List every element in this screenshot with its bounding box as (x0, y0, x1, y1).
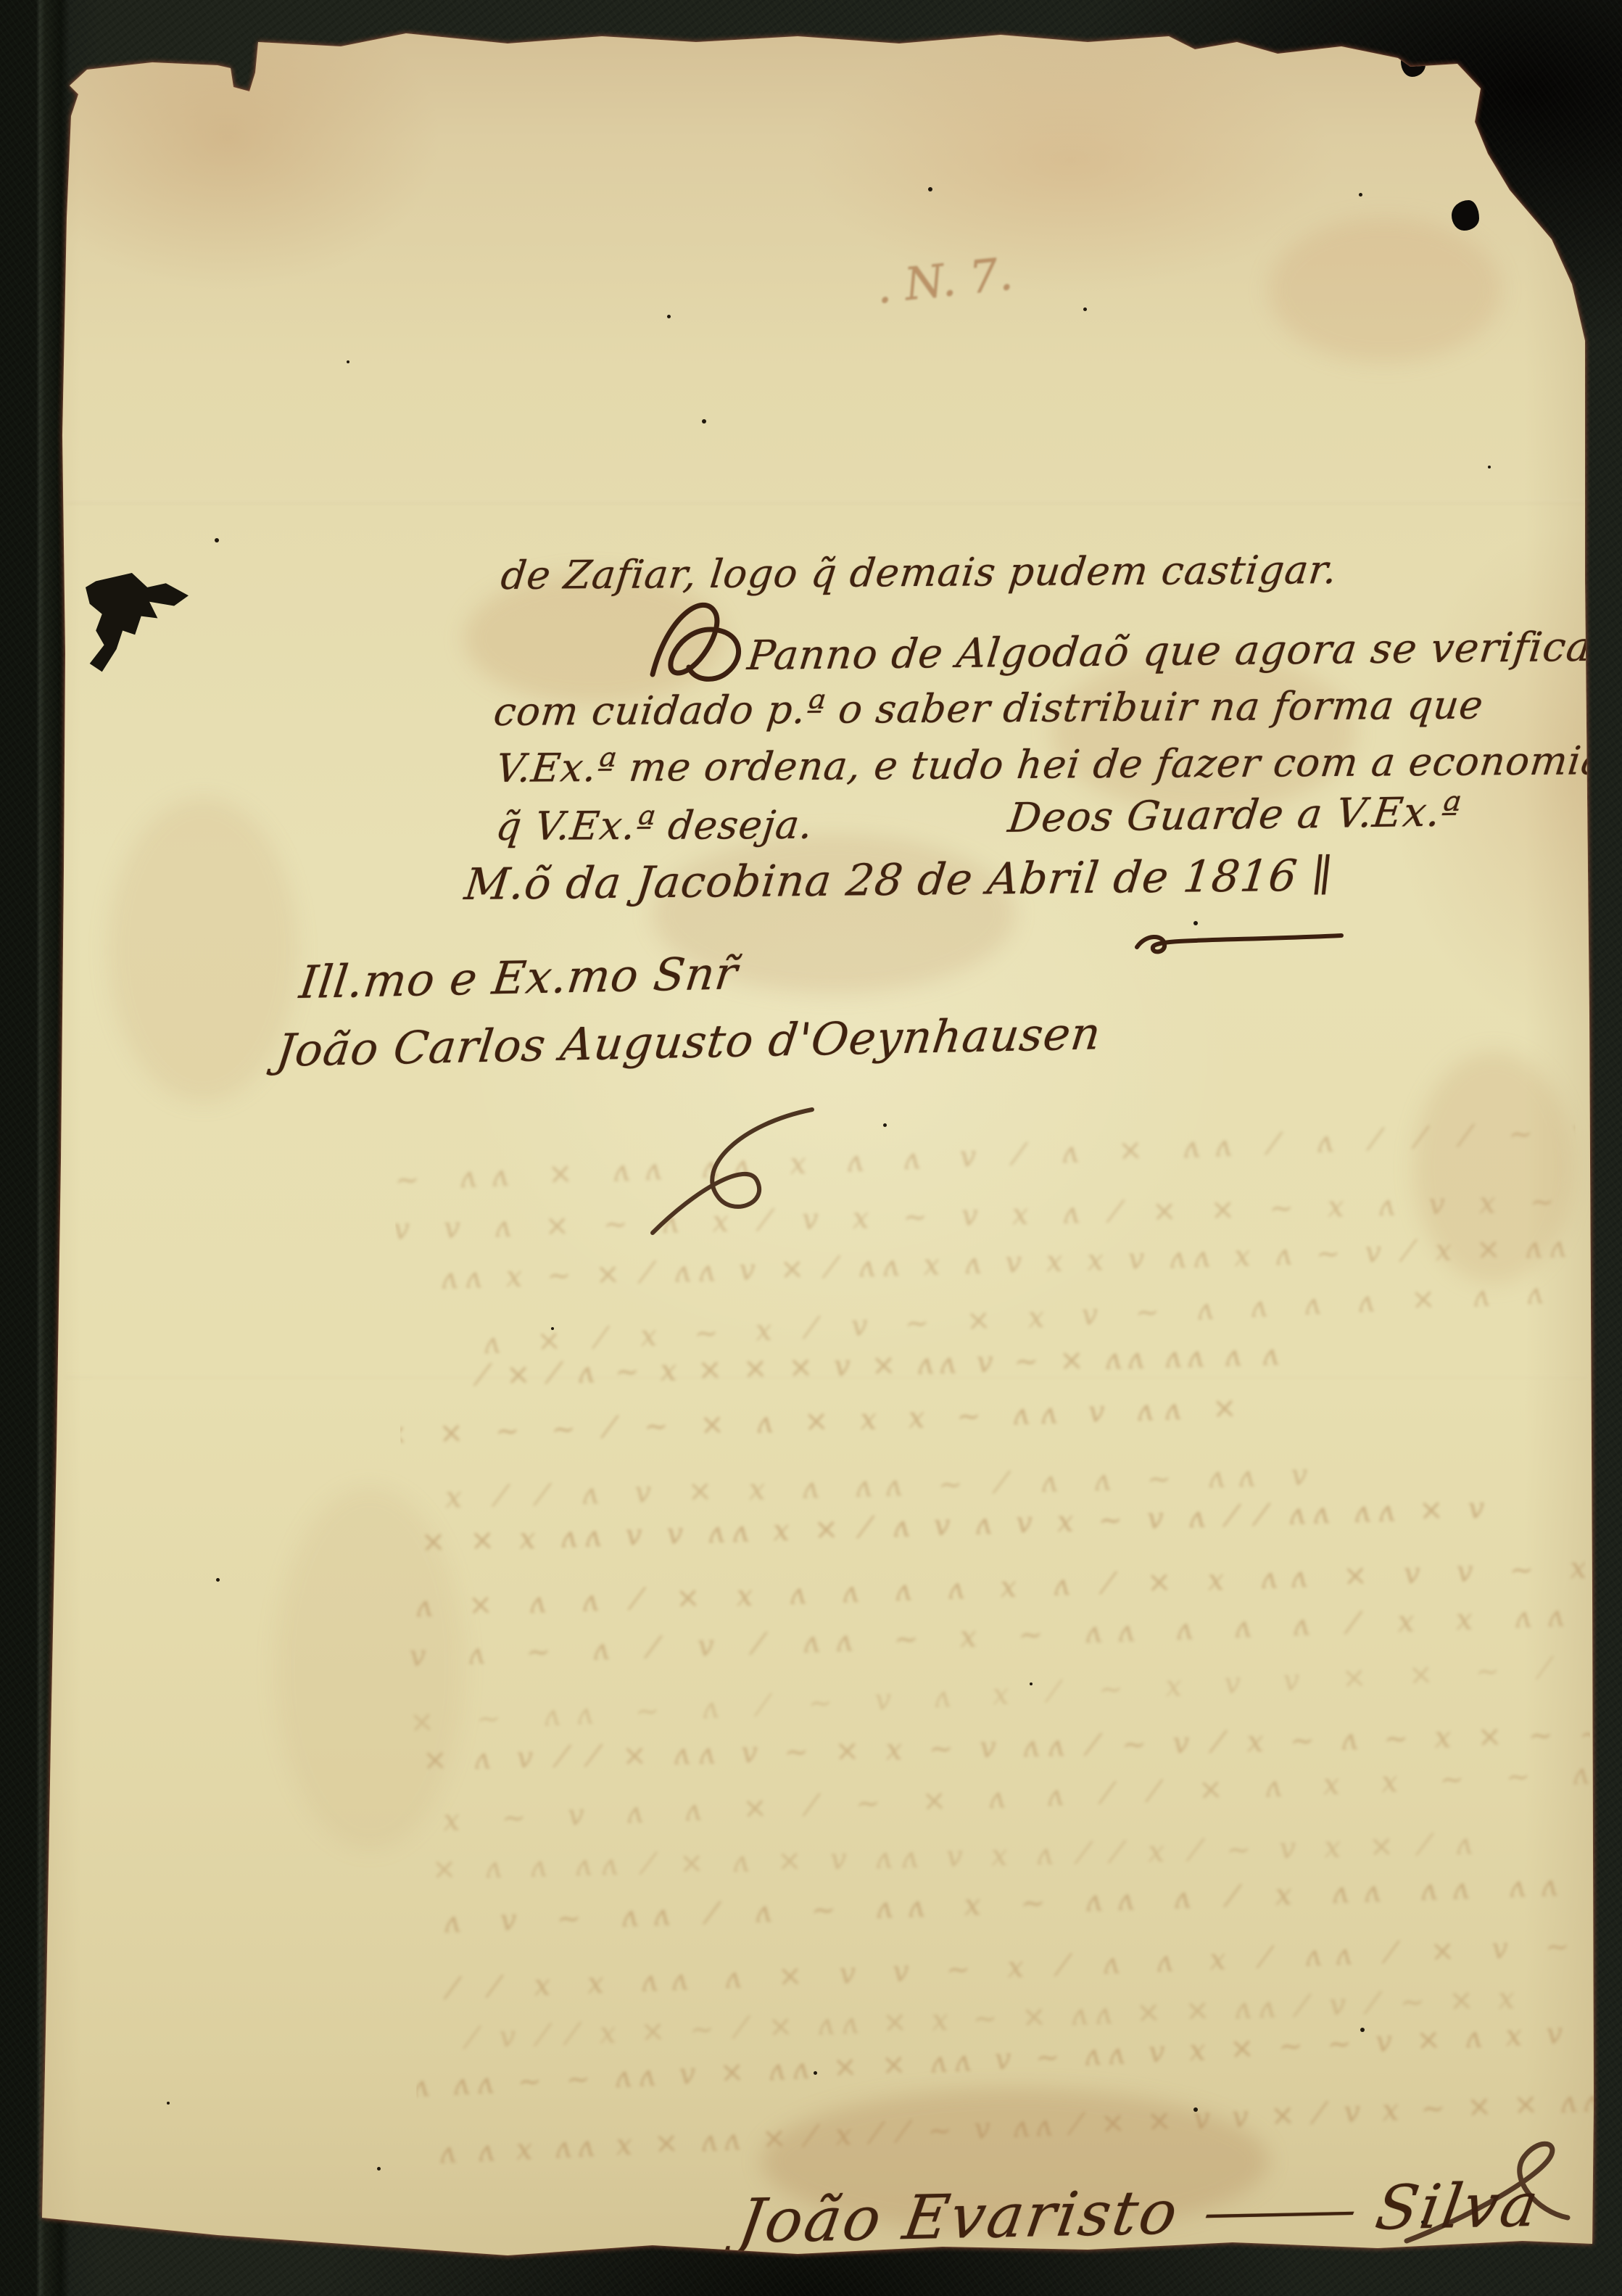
dateline: M.õ da Jacobina 28 de Abril de 1816 ∥ (462, 850, 1336, 910)
paper-speck (702, 419, 706, 424)
paper-speck (1488, 466, 1491, 468)
paper-speck (1421, 2221, 1424, 2223)
paper-speck (928, 187, 932, 191)
body-line-3: com cuidado p.ª o saber distribuir na fo… (492, 682, 1486, 735)
paper-speck (215, 538, 219, 542)
paper-speck (1359, 193, 1362, 197)
ink-stain (1051, 653, 1356, 812)
body-line-4: V.Ex.ª me ordena, e tudo hei de fazer co… (494, 738, 1608, 791)
bleed-row: ~ ʌʌ × ʌʌ ʌʌ x ʌ ʌ v ⁄ ʌ × ʌʌ ⁄ ʌ ⁄ ⁄ ⁄ … (394, 1117, 1601, 1197)
paper-speck (667, 315, 671, 318)
paper-speck (347, 360, 349, 363)
ink-stain (1269, 218, 1501, 363)
paper-speck (1360, 2028, 1365, 2032)
paper-speck (216, 1578, 220, 1582)
valediction-line: Deos Guarde a V.Ex.ª (1006, 788, 1464, 842)
signature-flourish (1399, 2132, 1573, 2248)
body-line-1: de Zafiar, logo q̃ demais pudem castigar… (499, 547, 1340, 598)
pen-flourish-underline (1131, 928, 1349, 957)
ink-stain (109, 798, 297, 1102)
fold-crease (65, 500, 1586, 503)
worm-hole (1401, 46, 1426, 77)
paper-speck (551, 1327, 554, 1330)
paper-speck (377, 2167, 381, 2171)
paper-sheet-wrap: ~ ʌʌ × ʌʌ ʌʌ x ʌ ʌ v ⁄ ʌ × ʌʌ ⁄ ʌ ⁄ ⁄ ⁄ … (0, 0, 1622, 2296)
paper-speck (1083, 307, 1087, 311)
bleed-through-texture: ~ ʌʌ × ʌʌ ʌʌ x ʌ ʌ v ⁄ ʌ × ʌʌ ⁄ ʌ ⁄ ⁄ ⁄ … (394, 1117, 1601, 2197)
corner-number-mark: . N. 7. (874, 247, 1015, 313)
ink-blot (86, 573, 189, 676)
paper-speck (883, 1123, 887, 1127)
scanned-page: ~ ʌʌ × ʌʌ ʌʌ x ʌ ʌ v ⁄ ʌ × ʌʌ ⁄ ʌ ⁄ ⁄ ⁄ … (0, 0, 1622, 2296)
body-line-2: Panno de Algodaõ que agora se verifica (745, 624, 1594, 680)
paper-speck (1030, 1682, 1033, 1685)
paper-speck (167, 2102, 170, 2105)
pen-flourish-monogram (645, 587, 761, 696)
paper-speck (1193, 921, 1198, 925)
pen-flourish-curl (609, 1102, 827, 1240)
paper-speck (1193, 2107, 1198, 2112)
addressee-honorific: Ill.mo e Ex.mo Snr̃ (297, 946, 740, 1009)
addressee-name: João Carlos Augusto d'Oeynhausen (273, 1007, 1104, 1077)
worm-hole (1452, 200, 1479, 231)
paper-speck (814, 2071, 817, 2075)
body-line-5: q̃ V.Ex.ª deseja. (494, 802, 816, 849)
bleed-row: × × ~ ~ ⁄ ~ × ʌ × x x ~ ʌʌ v ʌʌ × (394, 1391, 1249, 1452)
paper-sheet: ~ ʌʌ × ʌʌ ʌʌ x ʌ ʌ v ⁄ ʌ × ʌʌ ⁄ ʌ ⁄ ⁄ ⁄ … (0, 0, 1622, 2296)
